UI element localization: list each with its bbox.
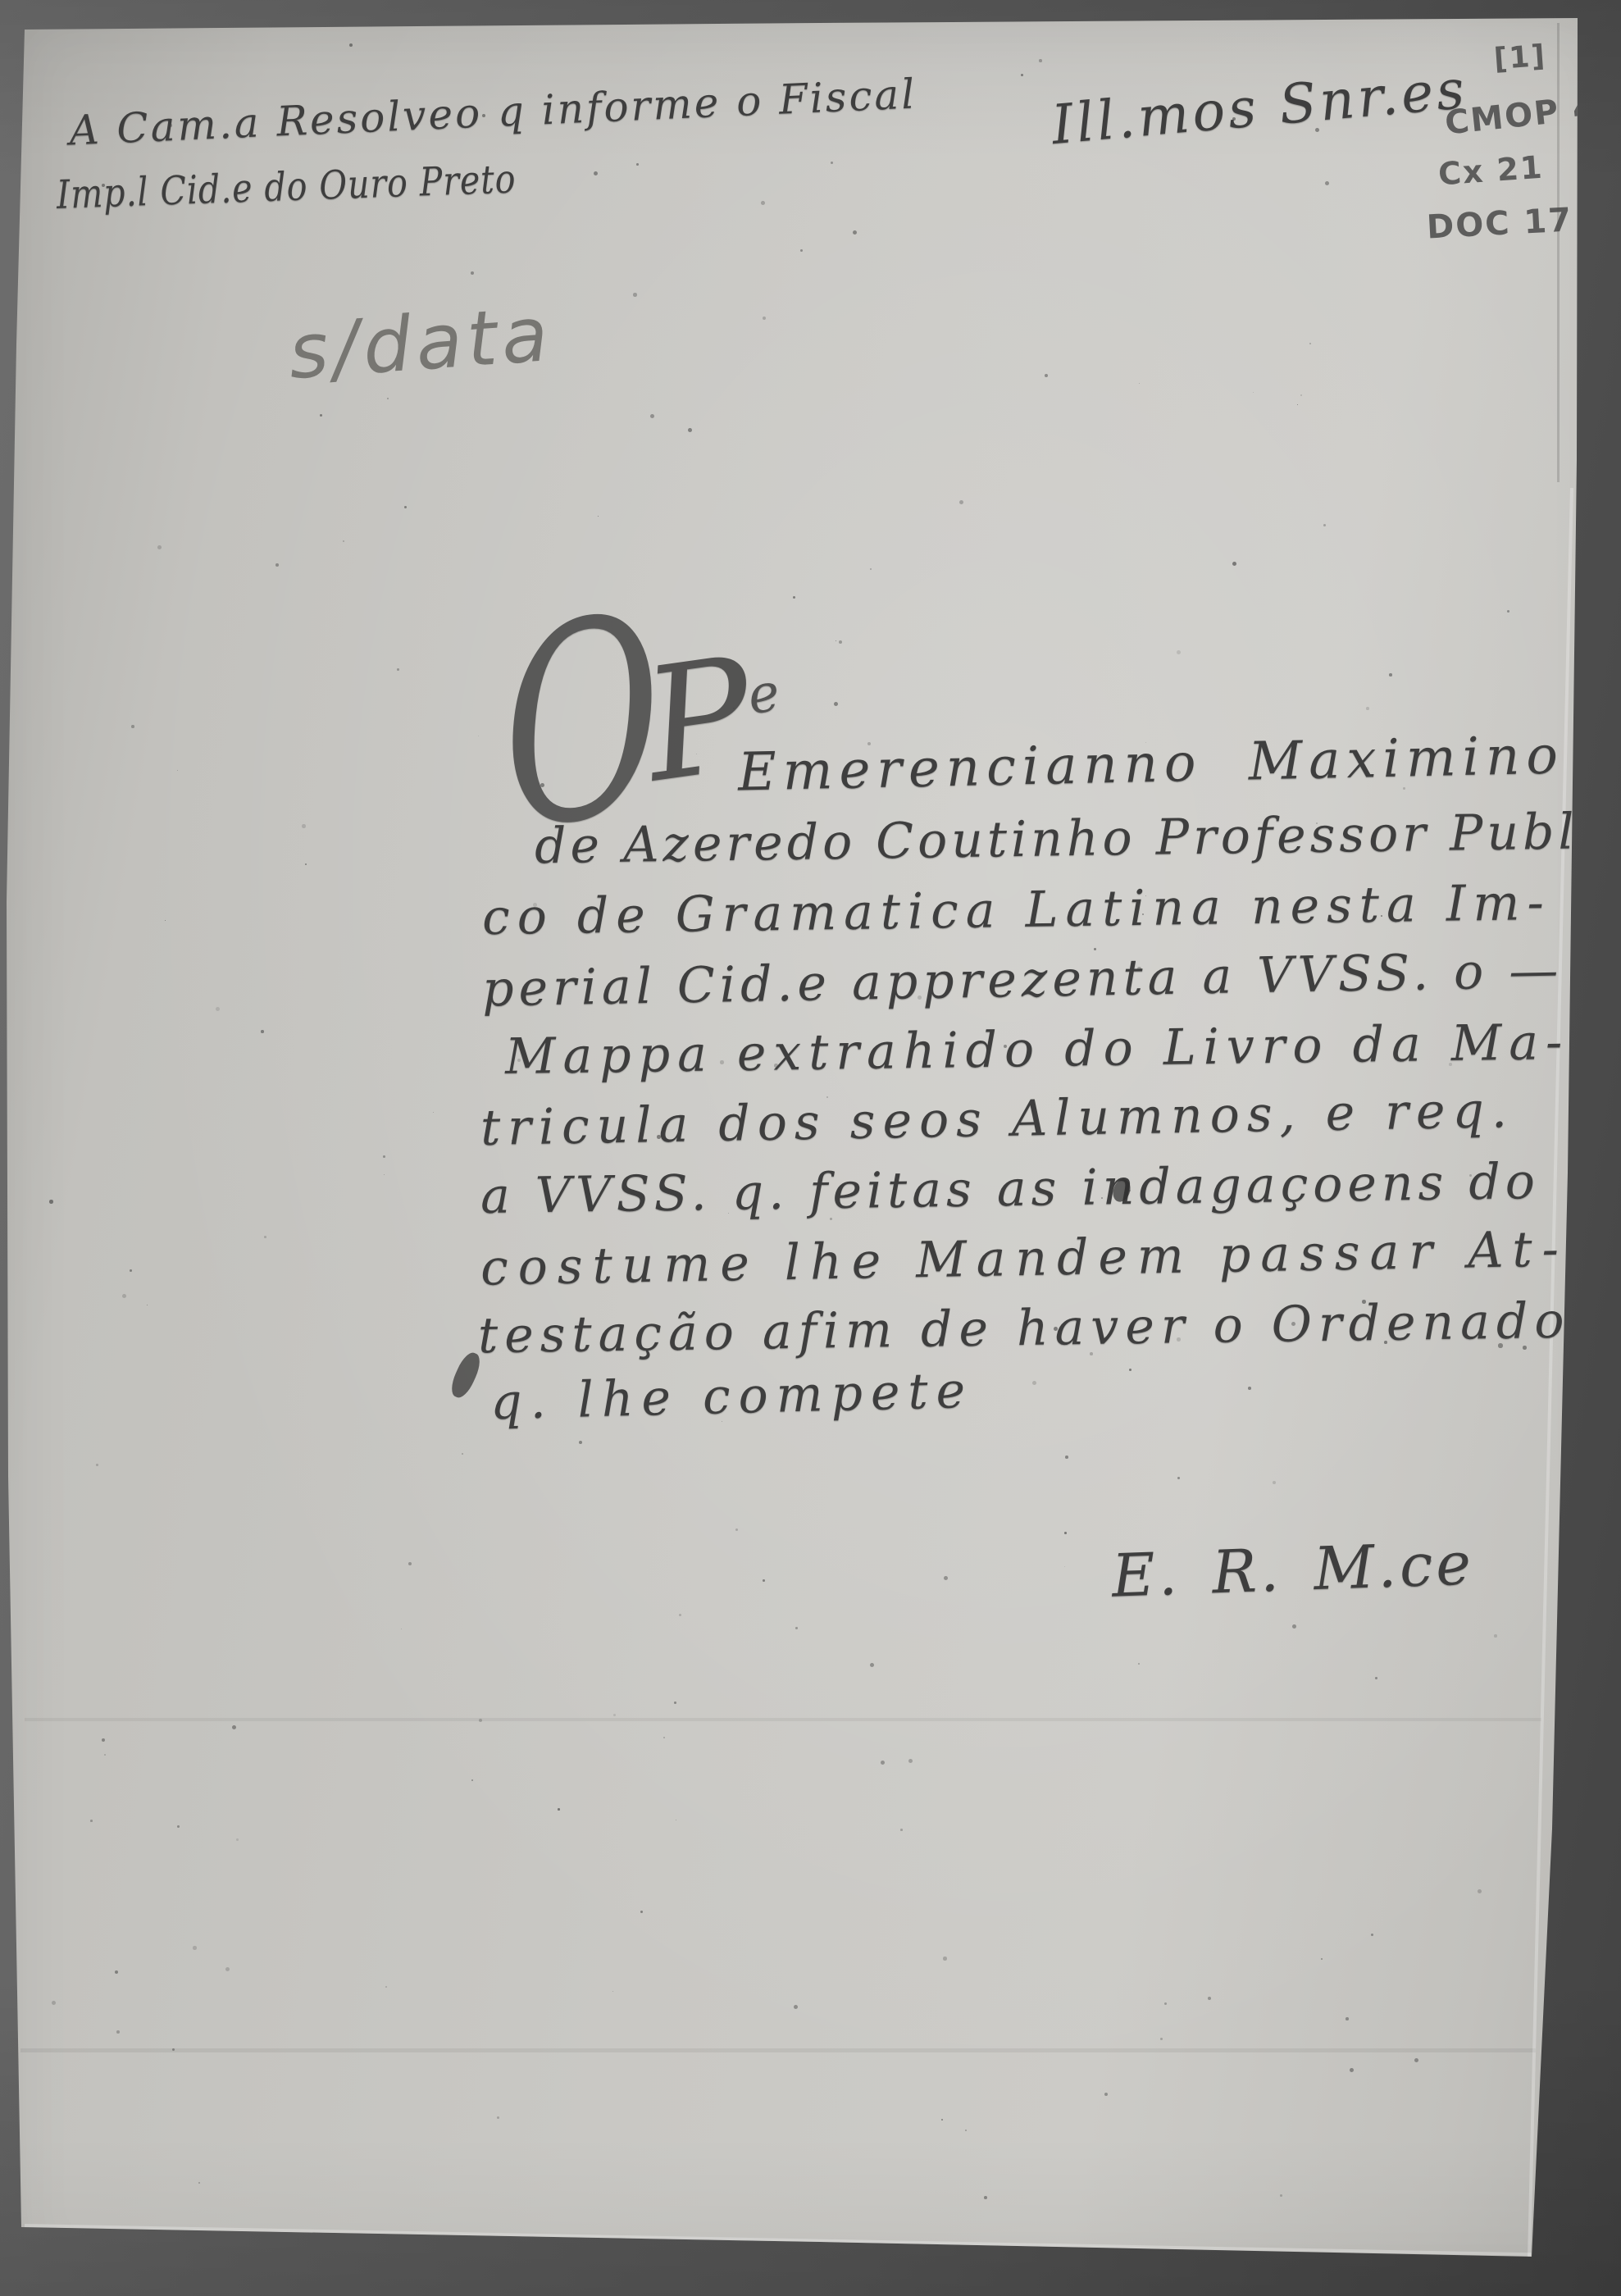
foxing-speck [471,271,474,275]
foxing-speck [1292,1624,1296,1629]
foxing-speck [343,540,344,542]
petition-line-6: tricula dos seos Alumnos, e req. [480,1082,1514,1157]
foxing-speck [579,1441,582,1444]
foxing-speck [1045,374,1048,377]
paper-fold-crease [25,1718,1541,1721]
foxing-speck [1104,2093,1108,2096]
salutation: Ill.mos Snr.es [1050,57,1470,157]
foxing-speck [1065,1455,1068,1459]
foxing-speck [462,1453,463,1455]
foxing-speck [676,1820,676,1820]
foxing-speck [177,1825,180,1828]
foxing-speck [130,1269,132,1272]
foxing-speck [1208,1997,1211,2000]
petition-line-3: co de Gramatica Latina nesta Im- [482,874,1552,946]
foxing-speck [147,1305,148,1305]
foxing-speck [384,1174,385,1175]
foxing-speck [383,1155,385,1158]
foxing-speck [102,1738,105,1742]
petition-line-1: Emerencianno Maximino [737,725,1564,803]
foxing-speck [236,1838,239,1841]
foxing-speck [1232,562,1236,566]
foxing-speck [408,1562,412,1565]
foxing-speck [834,702,838,706]
foxing-speck [1297,404,1298,405]
foxing-speck [96,1464,98,1466]
foxing-speck [1300,394,1302,396]
foxing-speck [959,500,963,504]
foxing-speck [471,1779,473,1781]
closing-formula: E. R. M.ce [1111,1528,1476,1610]
foxing-speck [674,1701,676,1704]
foxing-speck [1177,1477,1180,1479]
foxing-speck [1309,343,1311,344]
foxing-speck [1375,1677,1377,1679]
foxing-speck [49,1200,53,1204]
foxing-speck [793,596,795,599]
foxing-speck [1160,2038,1163,2040]
foxing-speck [1064,1566,1065,1567]
foxing-speck [984,2196,987,2199]
foxing-speck [613,1714,616,1716]
petition-line-9: testação afim de haver o Ordenado [478,1292,1571,1365]
foxing-speck [1177,650,1181,654]
foxing-speck [115,1970,118,1974]
petition-line-10: q. lhe compete [489,1362,974,1431]
foxing-speck [965,2130,967,2131]
foxing-speck [735,1528,738,1531]
foxing-speck [679,1614,681,1616]
foxing-speck [1350,2068,1354,2072]
foxing-speck [1478,1889,1482,1893]
foxing-speck [404,506,407,508]
foxing-speck [1253,392,1254,393]
foxing-speck [1129,1369,1132,1371]
foxing-speck [1507,610,1509,613]
foxing-speck [1164,2002,1167,2005]
foxing-speck [261,1030,264,1033]
foxing-speck [558,1808,560,1811]
foxing-speck [387,398,389,399]
foxing-speck [1139,383,1140,384]
foxing-speck [688,428,692,432]
foxing-speck [870,1663,874,1667]
foxing-speck [763,317,766,320]
foxing-speck [157,545,162,549]
foxing-speck [225,1967,230,1971]
petition-line-4: perial Cid.e apprezenta a VVSS. o — [481,942,1563,1018]
foxing-speck [761,201,765,205]
archival-box-number: Cx 21 [1437,149,1545,193]
foxing-speck [302,824,306,828]
foxing-speck [52,2001,56,2005]
foxing-speck [1371,1934,1373,1936]
scanned-document-image: A Cam.a Resolveo q informe o Fiscal Imp.… [0,0,1621,2296]
foxing-speck [275,563,279,567]
foxing-speck [177,770,178,771]
archival-page-number: [1] [1493,39,1548,76]
paper-fold-crease [20,2048,1536,2052]
foxing-speck [1273,1481,1276,1484]
foxing-speck [116,2030,120,2034]
foxing-speck [385,1986,387,1988]
foxing-speck [104,1754,106,1756]
archival-document-number: DOC 17 [1426,201,1573,246]
foxing-speck [1138,1663,1140,1665]
foxing-speck [1039,59,1042,62]
foxing-speck [1280,2194,1282,2197]
foxing-speck [478,736,479,736]
date-annotation: s/data [286,290,556,396]
foxing-speck [264,1236,266,1238]
foxing-speck [1389,673,1392,676]
petition-line-5: Mappa extrahido do Livro da Ma- [505,1014,1570,1086]
foxing-speck [90,1820,93,1822]
foxing-speck [650,414,654,418]
foxing-speck [1325,181,1329,185]
dispatch-note-line-2: Imp.l Cid.e do Ouro Preto [56,156,517,218]
foxing-speck [594,171,598,175]
foxing-speck [305,863,307,865]
foxing-speck [216,1007,220,1011]
foxing-speck [433,1112,434,1113]
foxing-speck [598,516,599,517]
foxing-speck [870,568,872,570]
foxing-speck [941,2119,943,2121]
foxing-speck [1064,1532,1067,1534]
foxing-speck [900,1829,903,1831]
foxing-speck [836,640,836,641]
foxing-speck [881,1761,885,1765]
foxing-speck [320,414,322,417]
foxing-speck [640,1911,643,1913]
foxing-speck [131,725,134,728]
foxing-speck [663,1737,665,1738]
petition-line-2: de Azeredo Coutinho Professor Publi- [535,803,1619,875]
foxing-speck [349,43,353,47]
foxing-speck [853,230,857,235]
ink-blot [447,1350,485,1401]
foxing-speck [1321,1958,1323,1960]
foxing-speck [1414,2058,1418,2062]
foxing-speck [1346,2017,1349,2020]
foxing-speck [401,1629,402,1629]
foxing-speck [795,1627,798,1629]
foxing-speck [839,640,842,644]
foxing-speck [636,163,639,166]
foxing-speck [1494,1634,1497,1638]
petition-line-7: a VVSS. q. feitas as indagaçoens do [480,1153,1541,1225]
foxing-speck [1323,524,1326,526]
foxing-speck [193,1946,197,1950]
foxing-speck [397,668,399,671]
foxing-speck [943,1957,947,1961]
foxing-speck [794,2005,798,2009]
foxing-speck [165,920,166,921]
foxing-speck [1248,1387,1251,1390]
foxing-speck [831,162,833,164]
foxing-speck [763,1579,765,1582]
foxing-speck [1366,707,1369,710]
foxing-speck [1021,74,1023,76]
petition-line-8: costume lhe Mandem passar At- [480,1220,1569,1296]
foxing-speck [122,1294,126,1298]
foxing-speck [944,1576,948,1580]
foxing-speck [633,293,637,297]
manuscript-page: A Cam.a Resolveo q informe o Fiscal Imp.… [0,0,1621,2296]
foxing-speck [908,1759,913,1763]
foxing-speck [612,1991,613,1992]
foxing-speck [800,249,803,252]
foxing-speck [232,1725,236,1729]
foxing-speck [1032,1381,1036,1385]
foxing-speck [497,2116,499,2119]
dispatch-note-line-1: A Cam.a Resolveo q informe o Fiscal [68,70,918,154]
foxing-speck [198,2182,200,2184]
